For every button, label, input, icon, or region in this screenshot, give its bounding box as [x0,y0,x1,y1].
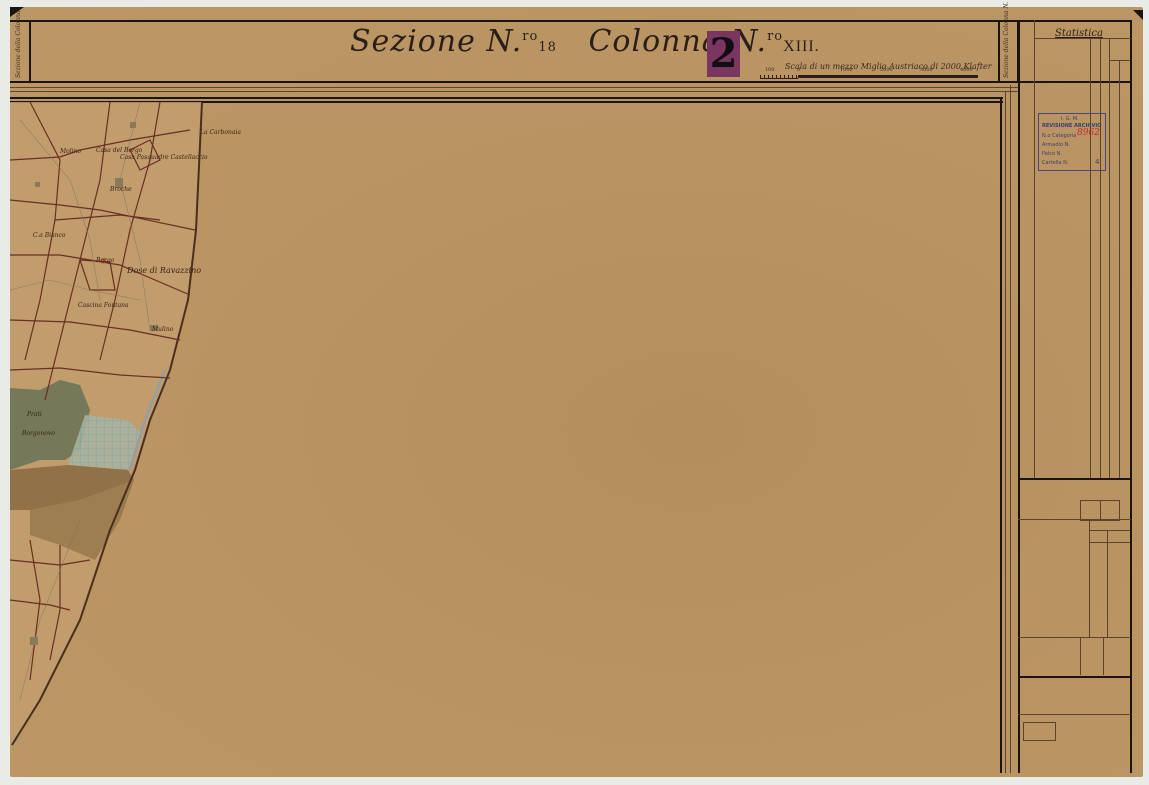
map-label-town: Dose di Ravazzino [127,266,201,275]
map-label: Borgo [96,257,114,264]
map-label: Cascina Fontana [78,302,129,309]
map-label: C.a Bianco [33,232,66,239]
map-label: Broche [110,186,132,193]
map-label: Borgonovo [22,430,55,437]
map-label: Casa del Borgo [96,147,142,154]
map-label: Casa Pasquadre Castellaccio [120,154,207,161]
map-label: Mulino [152,326,173,333]
map-label: Molino [60,148,81,155]
cadastral-map-drawing [0,0,1149,785]
map-label: Prati [27,411,42,418]
map-label: La Carbonaia [200,129,241,136]
